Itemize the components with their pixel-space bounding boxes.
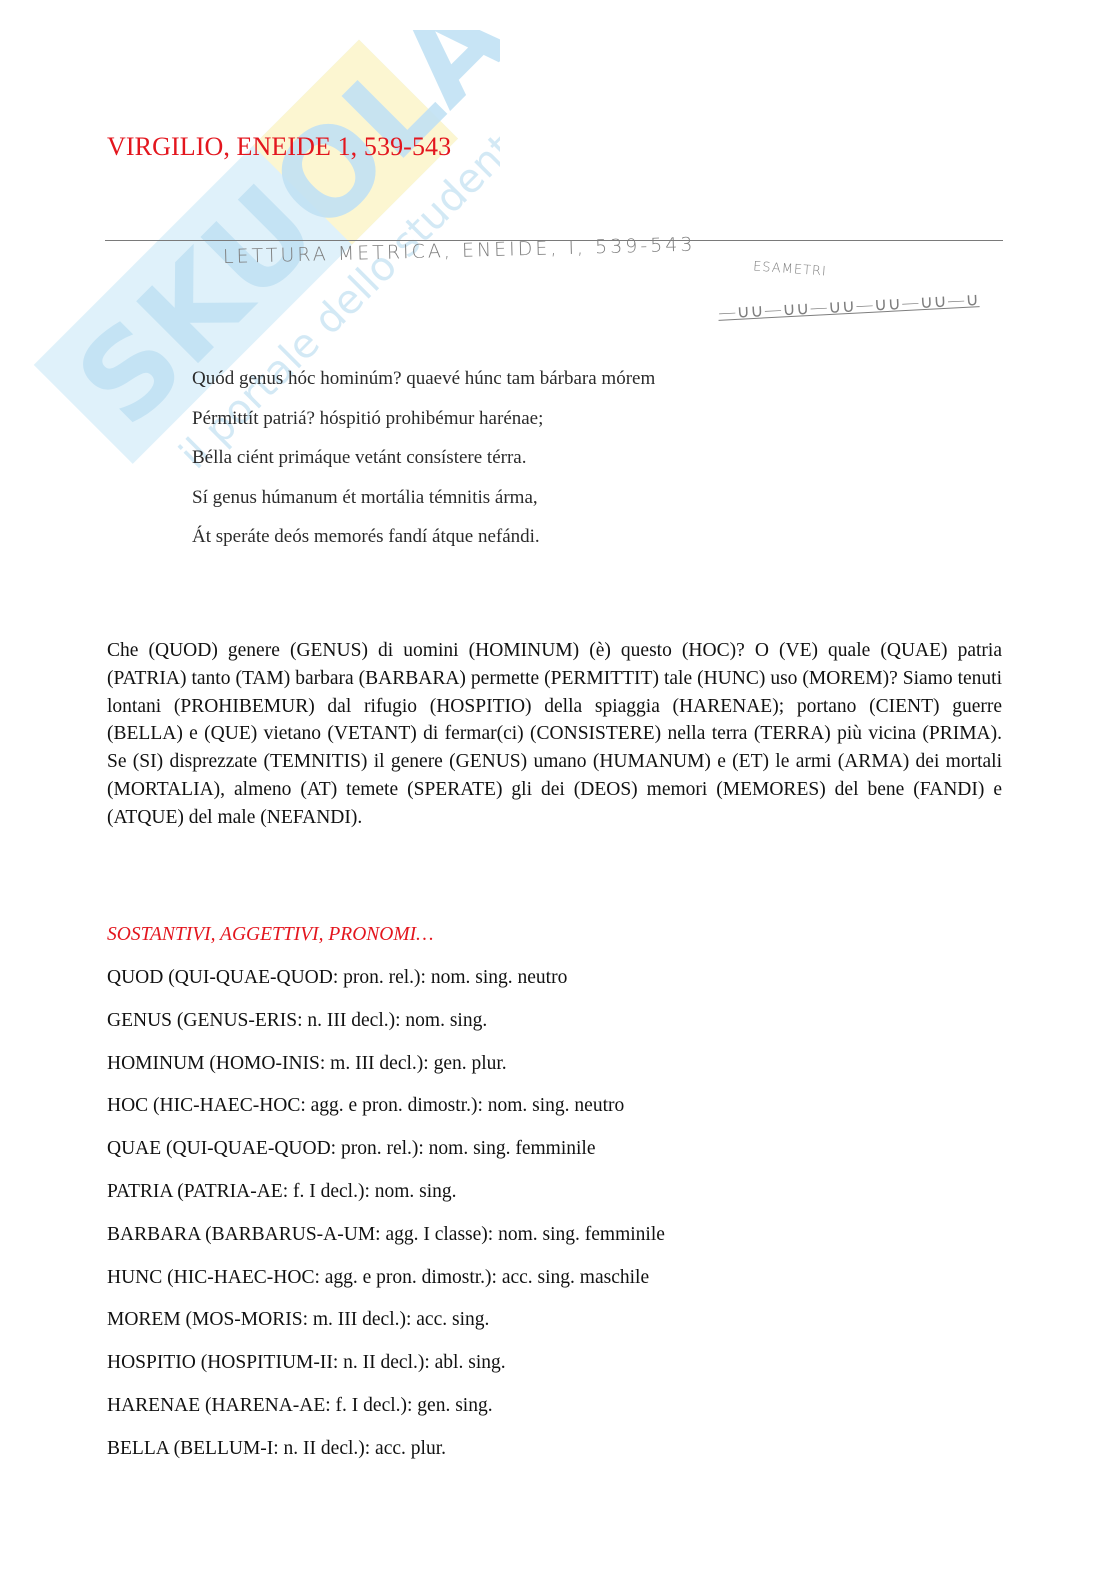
- verse-line: Quód genus hóc hominúm? quaevé húnc tam …: [192, 366, 655, 406]
- document-title: VIRGILIO, ENEIDE 1, 539-543: [107, 132, 451, 162]
- list-item: GENUS (GENUS-ERIS: n. III decl.): nom. s…: [107, 1008, 665, 1051]
- list-item: QUOD (QUI-QUAE-QUOD: pron. rel.): nom. s…: [107, 965, 665, 1008]
- verse-line: Bélla ciént primáque vetánt consístere t…: [192, 445, 655, 485]
- italian-translation: Che (QUOD) genere (GENUS) di uomini (HOM…: [107, 637, 1002, 832]
- list-item: QUAE (QUI-QUAE-QUOD: pron. rel.): nom. s…: [107, 1136, 665, 1179]
- handwritten-scansion: —∪∪—∪∪—∪∪—∪∪—∪∪—∪: [718, 289, 980, 324]
- list-item: HOSPITIO (HOSPITIUM-II: n. II decl.): ab…: [107, 1350, 665, 1393]
- list-item: PATRIA (PATRIA-AE: f. I decl.): nom. sin…: [107, 1179, 665, 1222]
- list-item: HUNC (HIC-HAEC-HOC: agg. e pron. dimostr…: [107, 1265, 665, 1308]
- verse-line: Pérmittít patriá? hóspitió prohibémur ha…: [192, 406, 655, 446]
- list-item: HOC (HIC-HAEC-HOC: agg. e pron. dimostr.…: [107, 1093, 665, 1136]
- list-item: MOREM (MOS-MORIS: m. III decl.): acc. si…: [107, 1307, 665, 1350]
- list-item: HARENAE (HARENA-AE: f. I decl.): gen. si…: [107, 1393, 665, 1436]
- section-heading: SOSTANTIVI, AGGETTIVI, PRONOMI…: [107, 924, 433, 946]
- handwritten-title: LETTURA METRICA, ENEIDE, I, 539-543: [223, 234, 696, 268]
- grammar-analysis-list: QUOD (QUI-QUAE-QUOD: pron. rel.): nom. s…: [107, 965, 665, 1479]
- latin-verses: Quód genus hóc hominúm? quaevé húnc tam …: [192, 366, 655, 564]
- verse-line: Át speráte deós memorés fandí átque nefá…: [192, 524, 655, 564]
- list-item: BARBARA (BARBARUS-A-UM: agg. I classe): …: [107, 1222, 665, 1265]
- list-item: BELLA (BELLUM-I: n. II decl.): acc. plur…: [107, 1436, 665, 1479]
- verse-line: Sí genus húmanum ét mortália témnitis ár…: [192, 485, 655, 525]
- handwritten-meter-label: ESAMETRI: [753, 259, 828, 279]
- list-item: HOMINUM (HOMO-INIS: m. III decl.): gen. …: [107, 1051, 665, 1094]
